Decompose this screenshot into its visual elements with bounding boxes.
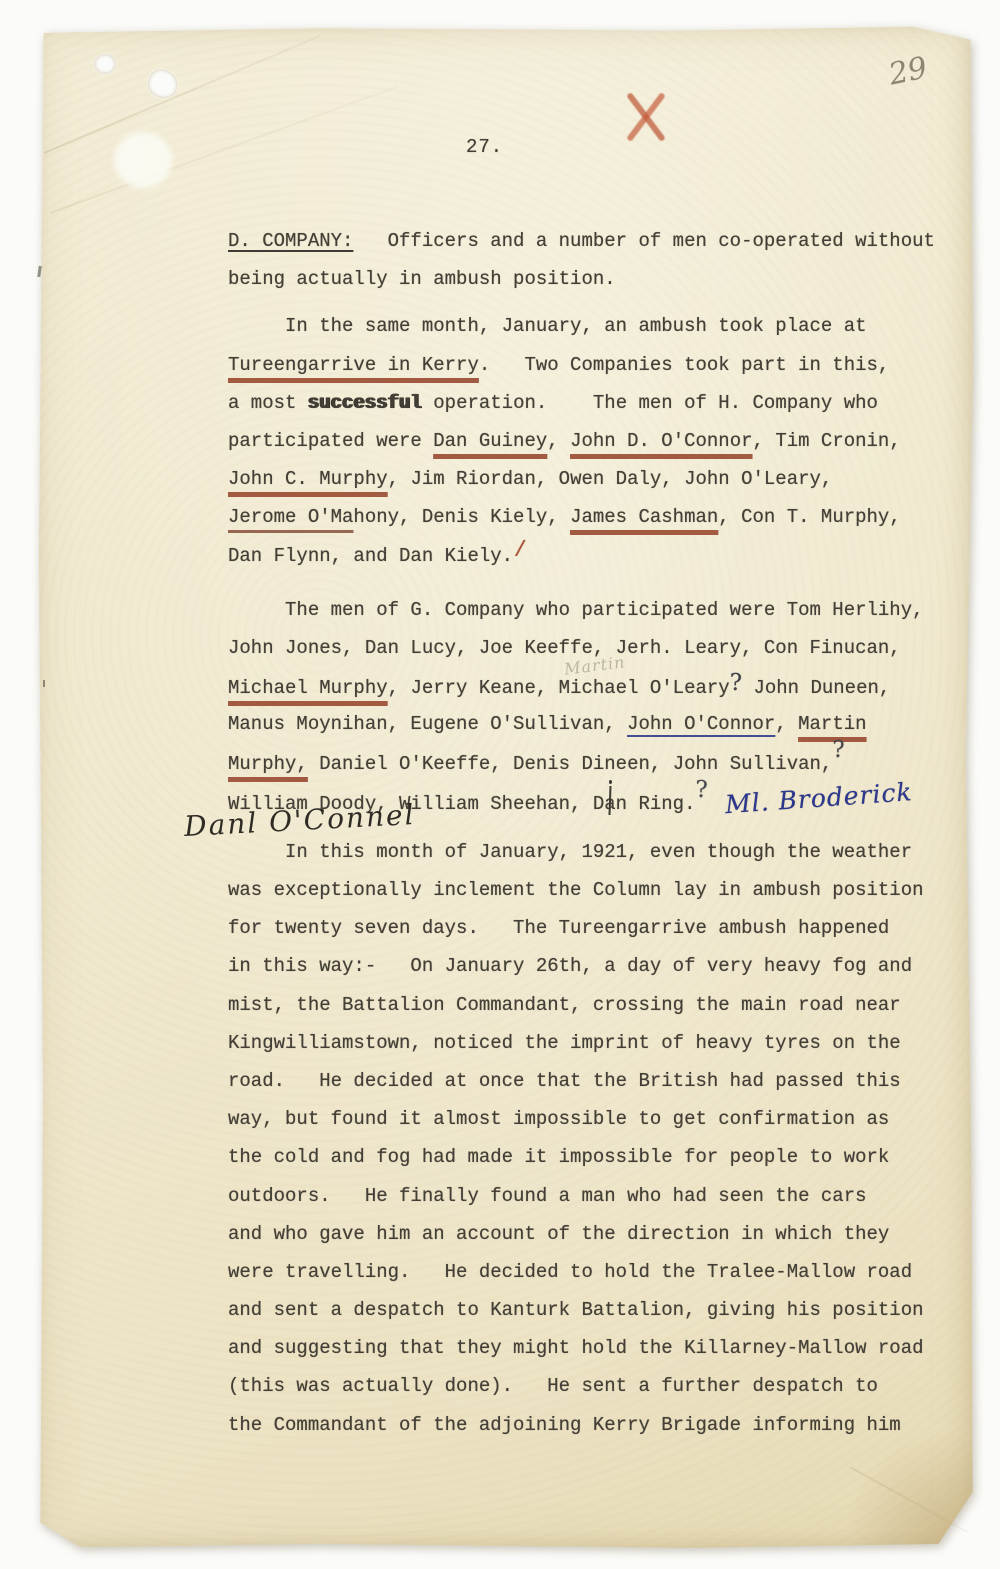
text-line: Dan Flynn, and Dan Kiely.⁄ — [228, 537, 958, 575]
text-segment: , — [775, 713, 798, 735]
text-segment: mist, the Battalion Commandant, crossing… — [228, 994, 901, 1016]
text-segment: outdoors. He finally found a man who had… — [228, 1185, 867, 1207]
text-segment: The men of G. Company who participated w… — [228, 599, 924, 621]
text-line: road. He decided at once that the Britis… — [228, 1062, 958, 1100]
text-segment: participated were — [228, 430, 433, 452]
red-underlined-name: John C. Murphy — [228, 468, 388, 490]
text-segment: the Commandant of the adjoining Kerry Br… — [228, 1414, 901, 1436]
text-line: the Commandant of the adjoining Kerry Br… — [228, 1406, 958, 1444]
text-segment: operation. The men of H. Company who — [422, 392, 878, 414]
text-segment: , Con T. Murphy, — [718, 506, 900, 528]
text-segment: way, but found it almost impossible to g… — [228, 1108, 889, 1130]
text-segment: road. He decided at once that the Britis… — [228, 1070, 901, 1092]
text-line: for twenty seven days. The Tureengarrive… — [228, 909, 958, 947]
text-segment: a most — [228, 392, 308, 414]
text-line: The men of G. Company who participated w… — [228, 591, 958, 629]
overstruck-word: successful — [308, 392, 422, 414]
text-segment: John Duneen, — [742, 677, 890, 699]
punch-hole — [94, 54, 116, 74]
text-segment: Dan Flynn, and Dan Kiely. — [228, 545, 513, 567]
text-line: a most successful operation. The men of … — [228, 384, 958, 422]
text-line: John C. Murphy, Jim Riordan, Owen Daly, … — [228, 460, 958, 498]
text-line: Kingwilliamstown, noticed the imprint of… — [228, 1024, 958, 1062]
text-segment: in this way:- On January 26th, a day of … — [228, 955, 912, 977]
text-line: mist, the Battalion Commandant, crossing… — [228, 986, 958, 1024]
red-underlined-name: Dan Guiney — [433, 430, 547, 452]
text-line: participated were Dan Guiney, John D. O'… — [228, 422, 958, 460]
text-line: In the same month, January, an ambush to… — [228, 307, 958, 345]
scanned-document: { "page": { "typed_page_number": "27.", … — [0, 0, 1000, 1569]
text-line: outdoors. He finally found a man who had… — [228, 1177, 958, 1215]
text-line: D. COMPANY: Officers and a number of men… — [228, 222, 958, 260]
text-segment: , — [547, 430, 570, 452]
text-line: being actually in ambush position. — [228, 260, 958, 298]
text-line: Tureengarrive in Kerry. Two Companies to… — [228, 346, 958, 384]
text-segment: and sent a despatch to Kanturk Battalion… — [228, 1299, 924, 1321]
text-segment: Officers and a number of men co-operated… — [353, 230, 935, 252]
text-line: way, but found it almost impossible to g… — [228, 1100, 958, 1138]
text-segment: Kingwilliamstown, noticed the imprint of… — [228, 1032, 901, 1054]
pencil-question-mark: ? — [832, 737, 844, 763]
section-heading: D. COMPANY: — [228, 230, 353, 252]
text-segment: In this month of January, 1921, even tho… — [228, 841, 912, 863]
typed-page-number: 27. — [466, 136, 503, 158]
red-underlined-name: Martin — [798, 713, 866, 735]
text-segment: n Ring. — [616, 793, 696, 815]
red-underlined-name: Murphy, — [228, 753, 308, 775]
blue-underlined-name: John O'Connor — [627, 713, 775, 735]
text-segment: were travelling. He decided to hold the … — [228, 1261, 912, 1283]
text-segment: for twenty seven days. The Tureengarrive… — [228, 917, 889, 939]
text-line: were travelling. He decided to hold the … — [228, 1253, 958, 1291]
text-segment: , Jim Riordan, Owen Daly, John O'Leary, — [388, 468, 833, 490]
edge-mark — [43, 680, 45, 687]
text-line: Murphy, Daniel O'Keeffe, Denis Dineen, J… — [228, 743, 958, 781]
text-line: and sent a despatch to Kanturk Battalion… — [228, 1291, 958, 1329]
red-tick-mark: ⁄ — [513, 537, 527, 564]
text-segment: , Jerry Keane, Michael O'Leary — [388, 677, 730, 699]
text-segment: , Tim Cronin, — [753, 430, 901, 452]
text-line: (this was actually done). He sent a furt… — [228, 1367, 958, 1405]
text-line: In this month of January, 1921, even tho… — [228, 833, 958, 871]
text-line: Jerome O'Mahony, Denis Kiely, James Cash… — [228, 498, 958, 536]
text-segment: . Two Companies took part in this, — [479, 354, 889, 376]
text-segment: and who gave him an account of the direc… — [228, 1223, 889, 1245]
text-line: and who gave him an account of the direc… — [228, 1215, 958, 1253]
text-segment: Daniel O'Keeffe, Denis Dineen, John Sull… — [308, 753, 833, 775]
worn-spot — [114, 132, 172, 188]
red-underlined-name: Michael Murphy — [228, 677, 388, 699]
text-segment: In the same month, January, an ambush to… — [228, 315, 867, 337]
text-segment: and suggesting that they might hold the … — [228, 1337, 924, 1359]
text-segment: was exceptionally inclement the Column l… — [228, 879, 924, 901]
text-line: in this way:- On January 26th, a day of … — [228, 947, 958, 985]
text-line: the cold and fog had made it impossible … — [228, 1138, 958, 1176]
pencil-struck-letter: a — [604, 793, 615, 815]
text-segment: John Jones, Dan Lucy, Joe Keeffe, Jerh. … — [228, 637, 901, 659]
text-segment: being actually in ambush position. — [228, 268, 616, 290]
text-segment: (this was actually done). He sent a furt… — [228, 1375, 878, 1397]
pencil-question-mark: ? — [730, 670, 742, 696]
text-segment: the cold and fog had made it impossible … — [228, 1146, 889, 1168]
text-segment: hony, Denis Kiely, — [353, 506, 570, 528]
text-segment: Manus Moynihan, Eugene O'Sullivan, — [228, 713, 627, 735]
red-underlined-name: John D. O'Connor — [570, 430, 752, 452]
text-line: was exceptionally inclement the Column l… — [228, 871, 958, 909]
red-underlined-place: Tureengarrive in Kerry — [228, 354, 479, 376]
text-line: Manus Moynihan, Eugene O'Sullivan, John … — [228, 705, 958, 743]
pencil-question-mark: ? — [696, 777, 708, 803]
red-underlined-name: Jerome O'Ma — [228, 506, 353, 528]
red-x-mark — [626, 91, 666, 143]
red-underlined-name: James Cashman — [570, 506, 718, 528]
text-line: and suggesting that they might hold the … — [228, 1329, 958, 1367]
